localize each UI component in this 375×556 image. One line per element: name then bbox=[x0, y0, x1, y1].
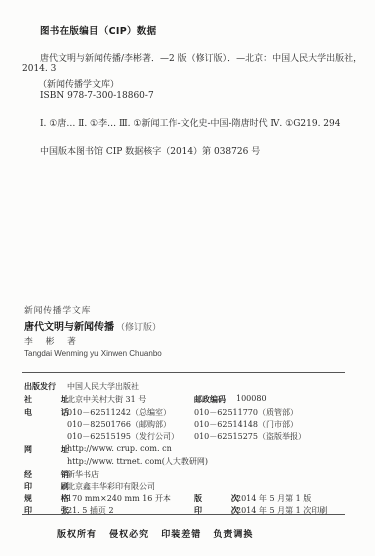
divider-bottom bbox=[22, 514, 345, 515]
phone-left-1: 010－62511242（总编室） bbox=[67, 407, 171, 418]
format-value: 170 mm×240 mm 16 开本 bbox=[67, 493, 171, 504]
edition-value: 2014 年 5 月第 1 版 bbox=[236, 493, 311, 504]
book-title: 唐代文明与新闻传播（修订版） bbox=[24, 318, 161, 333]
address-value: 北京中关村大街 31 号 bbox=[67, 394, 146, 405]
cip-record-line1: 唐代文明与新闻传播/李彬著．—2 版（修订版）．—北京：中国人民大学出版社， bbox=[40, 51, 362, 64]
publisher-value: 中国人民大学出版社 bbox=[67, 381, 139, 392]
publisher-label: 出版发行 bbox=[24, 381, 56, 392]
distributor-value: 新华书店 bbox=[67, 469, 99, 480]
phone-right-1: 010－62511770（质管部） bbox=[194, 407, 298, 418]
cip-number: 中国版本图书馆 CIP 数据核字（2014）第 038726 号 bbox=[40, 144, 260, 157]
phone-left-2: 010－82501766（邮购部） bbox=[67, 419, 171, 430]
phone-left-3: 010－62515195（发行公司） bbox=[67, 431, 179, 442]
phone-right-3: 010－62515275（盗版举报） bbox=[194, 431, 306, 442]
book-title-text: 唐代文明与新闻传播 bbox=[24, 322, 114, 333]
book-author: 李 彬 著 bbox=[24, 334, 81, 347]
cip-classification: Ⅰ. ①唐… Ⅱ. ①李… Ⅲ. ①新闻工作-文化史-中国-隋唐时代 Ⅳ. ①G… bbox=[40, 116, 340, 129]
copyright-notice: 版权所有 侵权必究 印装差错 负责调换 bbox=[57, 527, 253, 540]
book-series: 新闻传播学文库 bbox=[24, 303, 91, 316]
phone-right-2: 010－62514148（门市部） bbox=[194, 419, 298, 430]
cip-isbn: ISBN 978-7-300-18860-7 bbox=[40, 91, 154, 101]
printer-value: 北京鑫丰华彩印有限公司 bbox=[67, 481, 155, 492]
postcode-label: 邮政编码 bbox=[194, 394, 226, 405]
book-edition: （修订版） bbox=[116, 323, 161, 333]
divider-top bbox=[22, 372, 345, 373]
book-pinyin-title: Tangdai Wenming yu Xinwen Chuanbo bbox=[24, 349, 162, 358]
cip-heading: 图书在版编目（CIP）数据 bbox=[40, 23, 156, 37]
postcode-value: 100080 bbox=[236, 394, 267, 403]
website-1: http://www. crup. com. cn bbox=[67, 444, 172, 453]
website-2: http://www. ttrnet. com(人大教研网) bbox=[67, 456, 208, 467]
cip-record-line2: 2014. 3 bbox=[22, 64, 56, 74]
cip-series-note: （新闻传播学文库） bbox=[38, 77, 119, 90]
